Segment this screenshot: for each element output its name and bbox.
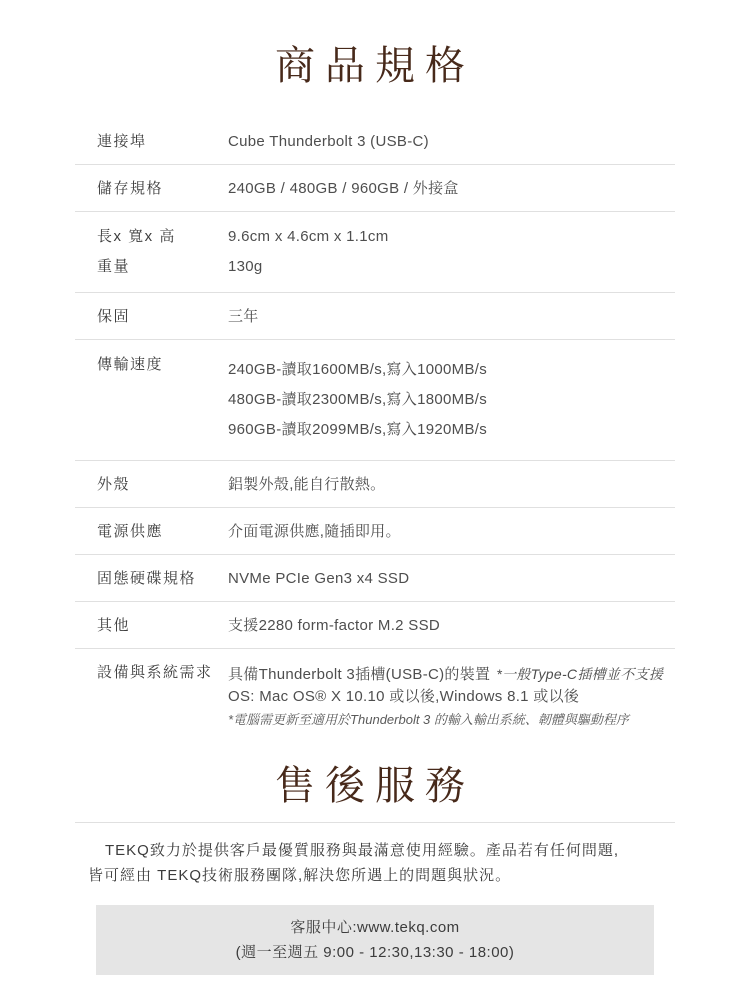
spec-label-dimensions: 長x 寬x 高 [75,222,228,252]
requirements-device-text: 具備Thunderbolt 3插槽(USB-C)的裝置 [228,666,490,683]
spec-value-power: 介面電源供應,隨插即用。 [228,522,675,541]
requirements-device-note: *一般Type-C插槽並不支援 [496,666,663,682]
spec-label-other: 其他 [75,616,228,635]
spec-value-shell: 鋁製外殼,能自行散熱。 [228,475,675,494]
spec-label-storage: 儲存規格 [75,179,228,198]
requirements-device-line: 具備Thunderbolt 3插槽(USB-C)的裝置*一般Type-C插槽並不… [228,663,675,686]
support-center-box: 客服中心:www.tekq.com (週一至週五 9:00 - 12:30,13… [96,905,654,975]
spec-row-ssd: 固態硬碟規格 NVMe PCIe Gen3 x4 SSD [75,555,675,602]
spec-label-power: 電源供應 [75,522,228,541]
spec-label-speed: 傳輸速度 [75,355,228,445]
spec-value-dimensions: 9.6cm x 4.6cm x 1.1cm [228,222,675,252]
spec-label-shell: 外殼 [75,475,228,494]
spec-label-requirements: 設備與系統需求 [75,663,228,730]
spec-row-dimensions-weight: 長x 寬x 高 9.6cm x 4.6cm x 1.1cm 重量 130g [75,212,675,293]
spec-value-storage: 240GB / 480GB / 960GB / 外接盒 [228,179,675,198]
spec-row-warranty: 保固 三年 [75,293,675,340]
service-paragraph: TEKQ致力於提供客戶最優質服務與最滿意使用經驗。產品若有任何問題, 皆可經由 … [75,838,675,888]
support-center-line: 客服中心:www.tekq.com [96,915,654,940]
support-hours-line: (週一至週五 9:00 - 12:30,13:30 - 18:00) [96,940,654,965]
spec-row-storage: 儲存規格 240GB / 480GB / 960GB / 外接盒 [75,165,675,212]
speed-line-240gb: 240GB-讀取1600MB/s,寫入1000MB/s [228,355,675,385]
spec-row-speed: 傳輸速度 240GB-讀取1600MB/s,寫入1000MB/s 480GB-讀… [75,340,675,461]
service-divider [75,822,675,823]
service-paragraph-line-2: 皆可經由 TEKQ技術服務團隊,解決您所遇上的問題與狀況。 [88,863,675,888]
spec-value-port: Cube Thunderbolt 3 (USB-C) [228,132,675,151]
requirements-footnote: *電腦需更新至適用於Thunderbolt 3 的輸入輸出系統、韌體與驅動程序 [228,710,675,730]
spec-label-warranty: 保固 [75,307,228,326]
spec-row-power: 電源供應 介面電源供應,隨插即用。 [75,508,675,555]
spec-label-weight: 重量 [75,252,228,282]
service-section-title: 售後服務 [0,760,750,812]
spec-row-shell: 外殼 鋁製外殼,能自行散熱。 [75,461,675,508]
spec-value-ssd: NVMe PCIe Gen3 x4 SSD [228,569,675,588]
spec-value-warranty: 三年 [228,307,675,326]
spec-label-ssd: 固態硬碟規格 [75,569,228,588]
spec-row-other: 其他 支援2280 form-factor M.2 SSD [75,602,675,649]
speed-line-960gb: 960GB-讀取2099MB/s,寫入1920MB/s [228,415,675,445]
spec-section-title: 商品規格 [0,40,750,92]
service-paragraph-line-1: TEKQ致力於提供客戶最優質服務與最滿意使用經驗。產品若有任何問題, [88,838,675,863]
spec-value-other: 支援2280 form-factor M.2 SSD [228,616,675,635]
spec-value-speed: 240GB-讀取1600MB/s,寫入1000MB/s 480GB-讀取2300… [228,355,675,445]
spec-label-port: 連接埠 [75,132,228,151]
spec-subrow-weight: 重量 130g [75,252,675,282]
speed-line-480gb: 480GB-讀取2300MB/s,寫入1800MB/s [228,385,675,415]
spec-value-weight: 130g [228,252,675,282]
spec-value-requirements: 具備Thunderbolt 3插槽(USB-C)的裝置*一般Type-C插槽並不… [228,663,675,730]
spec-subrow-dimensions: 長x 寬x 高 9.6cm x 4.6cm x 1.1cm [75,222,675,252]
product-spec-page: 商品規格 連接埠 Cube Thunderbolt 3 (USB-C) 儲存規格… [0,40,750,975]
requirements-os-line: OS: Mac OS® X 10.10 或以後,Windows 8.1 或以後 [228,686,675,708]
spec-row-port: 連接埠 Cube Thunderbolt 3 (USB-C) [75,118,675,165]
spec-table: 連接埠 Cube Thunderbolt 3 (USB-C) 儲存規格 240G… [75,118,675,740]
spec-row-requirements: 設備與系統需求 具備Thunderbolt 3插槽(USB-C)的裝置*一般Ty… [75,649,675,740]
